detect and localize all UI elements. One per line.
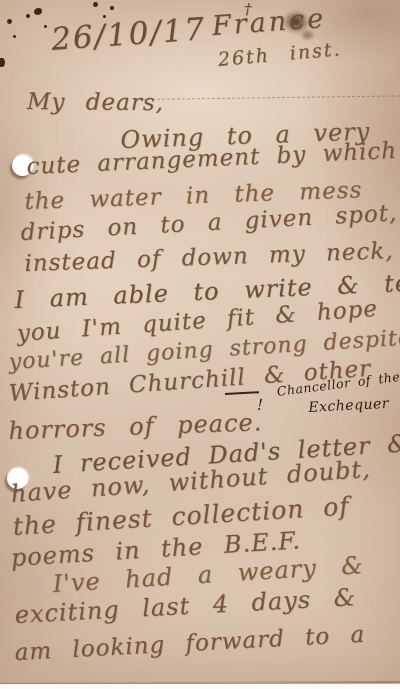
ink-spatter <box>44 25 47 28</box>
salutation: My dears, <box>27 89 164 116</box>
ink-spatter <box>110 6 114 10</box>
margin-exclamation: ! <box>257 396 264 414</box>
margin-note-line2: Exchequer <box>308 396 389 416</box>
letter-date-inst: 26th inst. <box>217 38 342 71</box>
body-line: am looking forward to a <box>14 622 366 666</box>
ink-spatter <box>34 8 42 15</box>
ink-spatter <box>26 14 30 18</box>
ink-spatter <box>13 35 16 38</box>
scan-background <box>0 684 400 689</box>
letter-date: 26/10/17 <box>50 11 207 58</box>
letter-scan: 26/10/17 † France 26th inst. My dears, O… <box>0 0 400 689</box>
letter-paper: 26/10/17 † France 26th inst. My dears, O… <box>0 0 400 684</box>
ink-spatter <box>93 2 98 7</box>
fold-crease <box>142 95 400 100</box>
ink-spatter <box>0 58 5 67</box>
ink-spatter <box>7 19 12 24</box>
margin-dash <box>225 391 259 395</box>
